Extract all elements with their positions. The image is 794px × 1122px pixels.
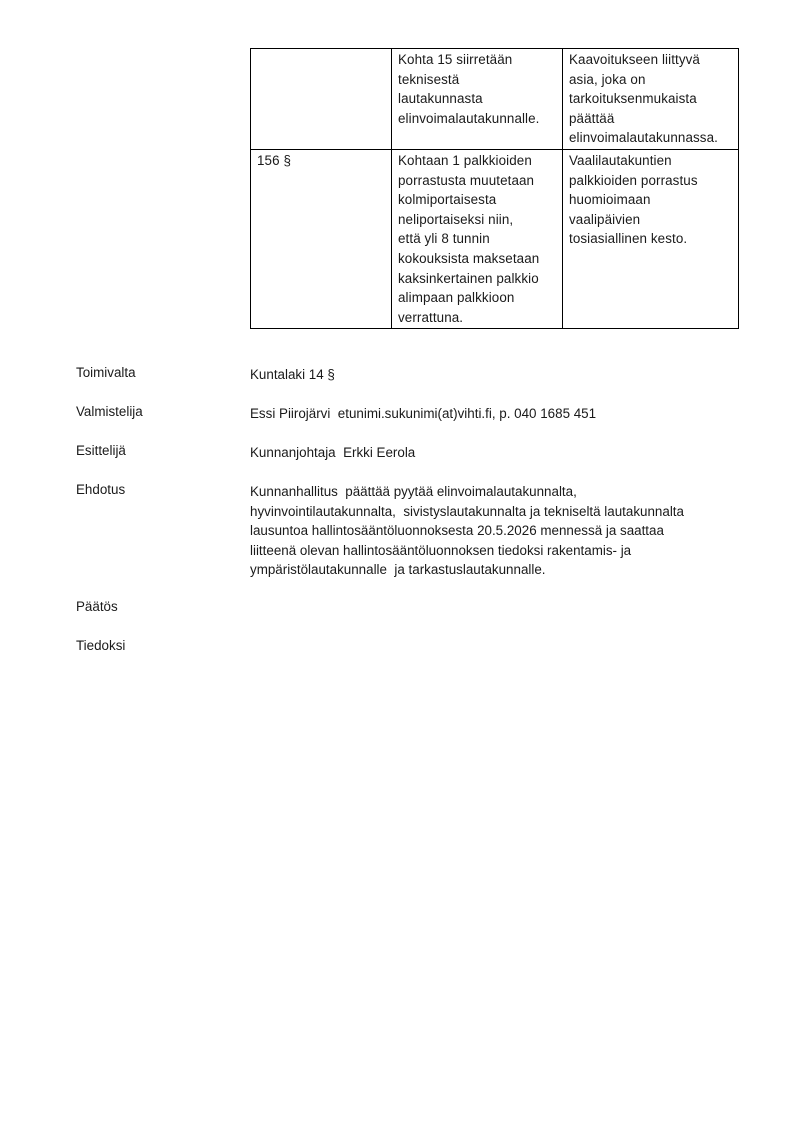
cell-line: Kaavoitukseen liittyvä	[569, 50, 732, 70]
cell-line: teknisestä	[398, 70, 556, 90]
field-label: Esittelijä	[76, 443, 126, 458]
cell-line: tosiasiallinen kesto.	[569, 229, 732, 249]
proposal-line: liitteenä olevan hallintosääntöluonnokse…	[250, 541, 750, 561]
proposal-text: Kunnanhallitus päättää pyytää elinvoimal…	[250, 482, 750, 580]
cell-line: alimpaan palkkioon	[398, 288, 556, 308]
cell-line: tarkoituksenmukaista	[569, 89, 732, 109]
cell-line: kokouksista maksetaan	[398, 249, 556, 269]
field-label: Toimivalta	[76, 365, 136, 380]
change-cell: Kohta 15 siirretään teknisestä lautakunn…	[392, 49, 563, 150]
section-cell	[251, 49, 392, 150]
proposal-line: hyvinvointilautakunnalta, sivistyslautak…	[250, 502, 750, 522]
cell-line: palkkioiden porrastus	[569, 171, 732, 191]
field-value: Essi Piirojärvi etunimi.sukunimi(at)viht…	[250, 404, 750, 424]
field-value: Kuntalaki 14 §	[250, 365, 750, 385]
table-row: 156 § Kohtaan 1 palkkioiden porrastusta …	[251, 149, 739, 328]
section-cell: 156 §	[251, 149, 392, 328]
cell-line: että yli 8 tunnin	[398, 229, 556, 249]
cell-line: elinvoimalautakunnassa.	[569, 128, 732, 148]
cell-line: verrattuna.	[398, 308, 556, 328]
reason-cell: Vaalilautakuntien palkkioiden porrastus …	[563, 149, 739, 328]
section-text: 156 §	[257, 153, 291, 168]
cell-line: neliportaiseksi niin,	[398, 210, 556, 230]
cell-line: huomioimaan	[569, 190, 732, 210]
proposal-line: lausuntoa hallintosääntöluonnoksesta 20.…	[250, 521, 750, 541]
cell-line: kaksinkertainen palkkio	[398, 269, 556, 289]
cell-line: Kohta 15 siirretään	[398, 50, 556, 70]
field-label: Ehdotus	[76, 482, 125, 497]
cell-line: vaalipäivien	[569, 210, 732, 230]
table-row: Kohta 15 siirretään teknisestä lautakunn…	[251, 49, 739, 150]
cell-line: elinvoimalautakunnalle.	[398, 109, 556, 129]
proposal-line: ympäristölautakunnalle ja tarkastuslauta…	[250, 560, 750, 580]
field-label: Päätös	[76, 599, 118, 614]
proposal-line: Kunnanhallitus päättää pyytää elinvoimal…	[250, 482, 750, 502]
change-cell: Kohtaan 1 palkkioiden porrastusta muutet…	[392, 149, 563, 328]
cell-line: Vaalilautakuntien	[569, 151, 732, 171]
reason-cell: Kaavoitukseen liittyvä asia, joka on tar…	[563, 49, 739, 150]
cell-line: päättää	[569, 109, 732, 129]
cell-line: kolmiportaisesta	[398, 190, 556, 210]
cell-line: asia, joka on	[569, 70, 732, 90]
cell-line: porrastusta muutetaan	[398, 171, 556, 191]
field-label: Valmistelija	[76, 404, 143, 419]
field-value: Kunnanjohtaja Erkki Eerola	[250, 443, 750, 463]
cell-line: Kohtaan 1 palkkioiden	[398, 151, 556, 171]
field-label: Tiedoksi	[76, 638, 125, 653]
amendments-table: Kohta 15 siirretään teknisestä lautakunn…	[250, 48, 739, 329]
cell-line: lautakunnasta	[398, 89, 556, 109]
